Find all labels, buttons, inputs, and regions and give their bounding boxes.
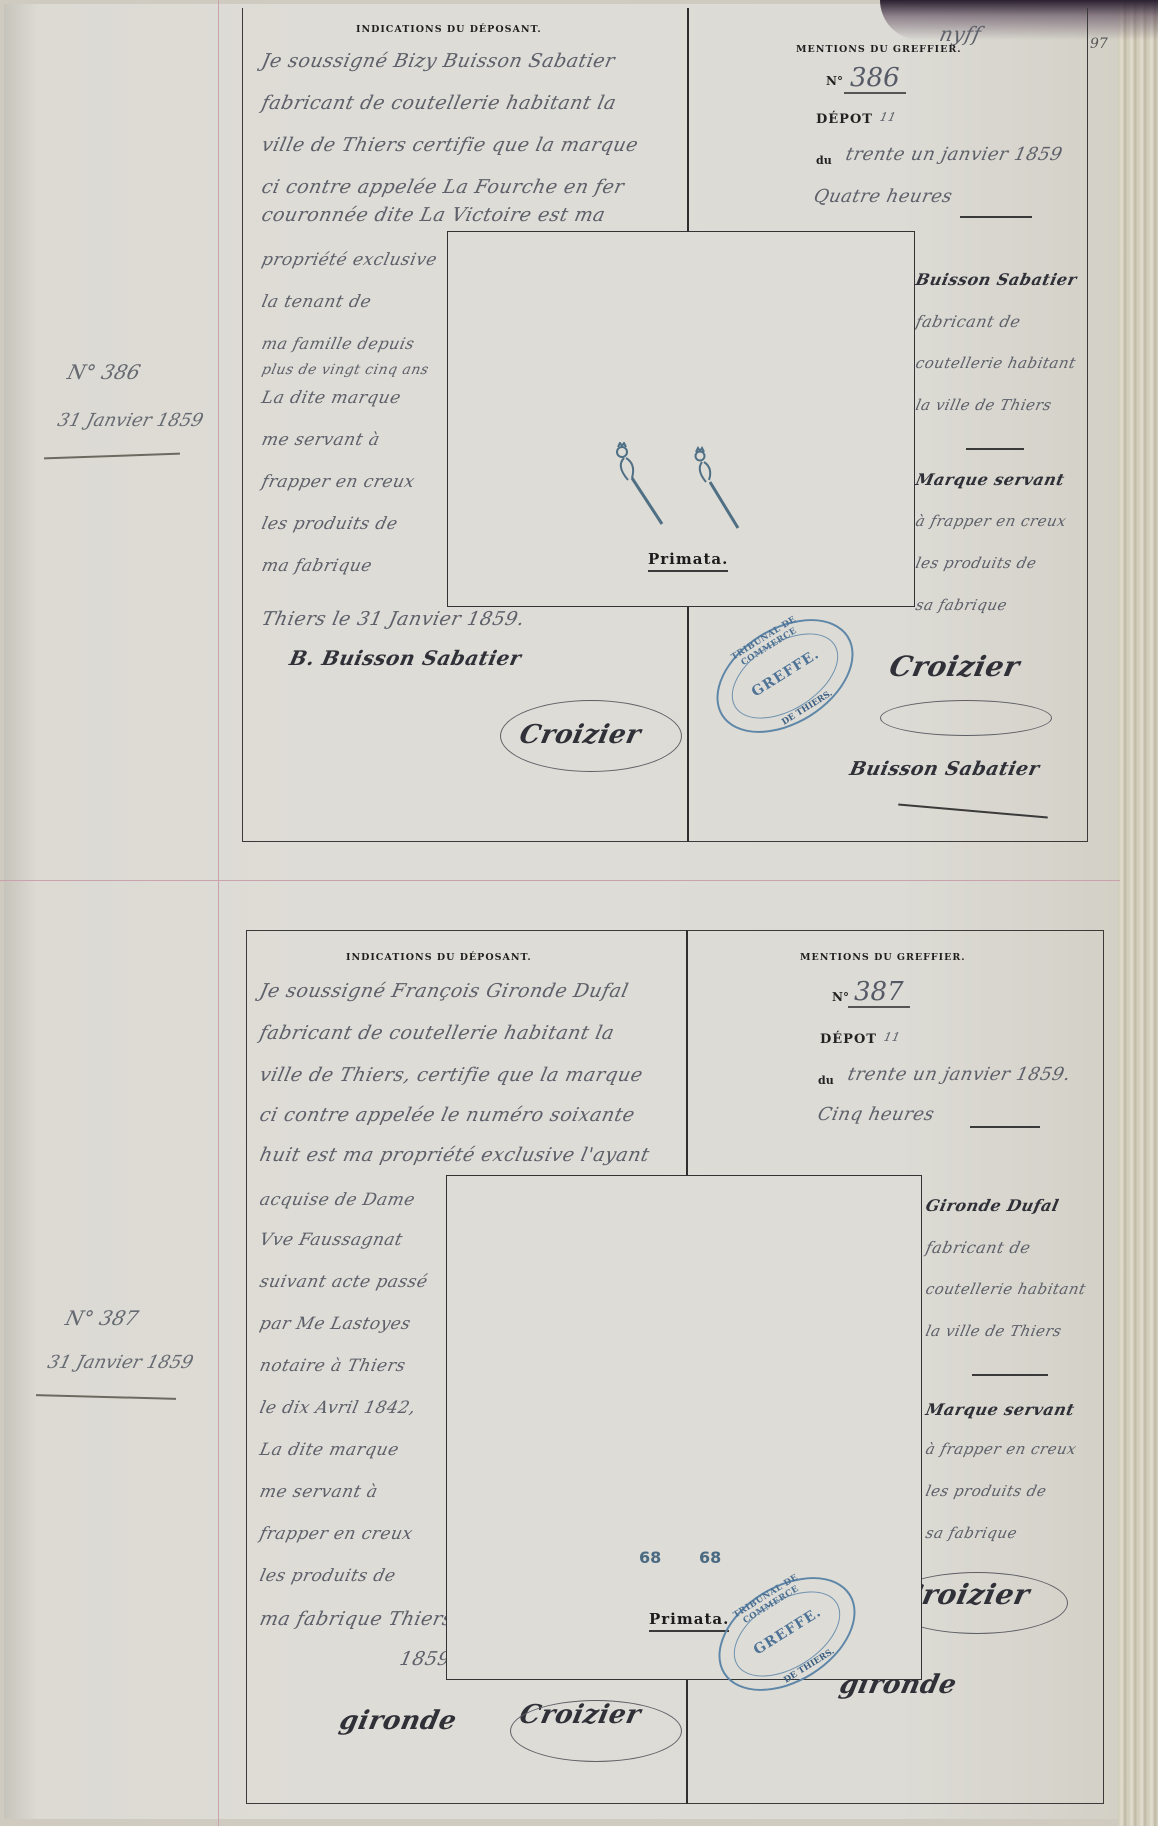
marque-line: les produits de xyxy=(914,554,1038,572)
heading-indications-deposant: INDICATIONS DU DÉPOSANT. xyxy=(356,24,542,35)
page-number: 97 xyxy=(1090,36,1108,52)
declaration-date-line: Thiers le 31 Janvier 1859. xyxy=(260,608,527,630)
declaration-line: ci contre appelée le numéro soixante xyxy=(258,1104,637,1126)
depositor-line: coutellerie habitant xyxy=(914,354,1078,372)
marque-line: les produits de xyxy=(924,1482,1048,1500)
declaration-line: me servant à xyxy=(258,1482,380,1502)
depositor-line: la ville de Thiers xyxy=(924,1322,1063,1340)
margin-line-vertical xyxy=(218,0,219,1826)
declaration-line: les produits de xyxy=(258,1566,398,1586)
mark-number: 68 xyxy=(699,1548,721,1567)
signature-flourish xyxy=(500,700,682,772)
depot-mark: 11 xyxy=(879,110,898,124)
margin-entry-date: 31 Janvier 1859 xyxy=(45,1352,195,1373)
column-divider-top xyxy=(687,8,689,232)
rule xyxy=(960,216,1032,218)
depositor-line: fabricant de xyxy=(914,312,1023,331)
deposit-time: Quatre heures xyxy=(812,186,955,207)
declaration-line: ma famille depuis xyxy=(260,334,416,353)
depot-label: DÉPOT xyxy=(820,1032,877,1047)
marque-label: Marque servant xyxy=(914,470,1066,489)
heading-mentions-greffier: MENTIONS DU GREFFIER. xyxy=(796,44,962,55)
depositor-signature: gironde xyxy=(337,1706,460,1736)
declaration-line: La dite marque xyxy=(260,388,403,408)
deposit-time: Cinq heures xyxy=(816,1104,937,1125)
depositor-line: coutellerie habitant xyxy=(924,1280,1088,1298)
entry-number: 386 xyxy=(844,64,906,94)
marque-label: Marque servant xyxy=(924,1400,1076,1419)
declaration-line: huit est ma propriété exclusive l'ayant xyxy=(258,1144,652,1166)
declaration-line: suivant acte passé xyxy=(258,1272,430,1292)
margin-entry-number: N° 387 xyxy=(63,1306,141,1330)
declaration-line: ci contre appelée La Fourche en fer xyxy=(260,176,627,198)
declaration-line: par Me Lastoyes xyxy=(258,1314,413,1334)
declaration-line: les produits de xyxy=(260,514,400,534)
heading-mentions-greffier: MENTIONS DU GREFFIER. xyxy=(800,952,966,963)
declaration-line: notaire à Thiers xyxy=(258,1356,408,1376)
depositor-signature-right: Buisson Sabatier xyxy=(848,758,1042,780)
declaration-line: acquise de Dame xyxy=(258,1190,417,1210)
registrar-signature: Croizier xyxy=(886,650,1022,683)
deposit-date: trente un janvier 1859. xyxy=(846,1064,1073,1085)
heading-indications-deposant: INDICATIONS DU DÉPOSANT. xyxy=(346,952,532,963)
depositor-name: Gironde Dufal xyxy=(924,1196,1061,1215)
declaration-line: me servant à xyxy=(260,430,382,450)
book-page-edges xyxy=(1118,0,1158,1826)
mark-box: Primata. xyxy=(447,231,915,607)
declaration-line: Je soussigné François Gironde Dufal xyxy=(258,980,631,1002)
entry-number: 387 xyxy=(848,978,910,1008)
du-label: du xyxy=(818,1074,834,1087)
declaration-line: fabricant de coutellerie habitant la xyxy=(258,1022,617,1044)
declaration-line: ma fabrique xyxy=(260,556,374,576)
declaration-line: La dite marque xyxy=(258,1440,401,1460)
declaration-line: frapper en creux xyxy=(260,472,417,492)
depositor-line: la ville de Thiers xyxy=(914,396,1053,414)
deposit-date: trente un janvier 1859 xyxy=(844,144,1065,165)
depot-label: DÉPOT xyxy=(816,112,873,127)
marque-line: sa fabrique xyxy=(914,596,1009,614)
rule xyxy=(972,1374,1048,1376)
crowned-fork-mark-icon xyxy=(608,442,748,532)
column-divider-bottom xyxy=(687,607,689,842)
signature-flourish xyxy=(880,700,1052,736)
declaration-line: fabricant de coutellerie habitant la xyxy=(260,92,619,114)
depot-mark: 11 xyxy=(883,1030,902,1044)
declaration-line: ville de Thiers certifie que la marque xyxy=(260,134,641,156)
mark-name-label: Primata. xyxy=(648,550,728,572)
declaration-line: le dix Avril 1842, xyxy=(258,1398,418,1418)
marque-line: à frapper en creux xyxy=(914,512,1068,530)
rule xyxy=(970,1126,1040,1128)
declaration-line: frapper en creux xyxy=(258,1524,415,1544)
declaration-line: couronnée dite La Victoire est ma xyxy=(260,204,608,226)
marque-line: sa fabrique xyxy=(924,1524,1019,1542)
declaration-line: plus de vingt cinq ans xyxy=(260,362,430,378)
number-label: N° xyxy=(826,74,843,88)
marque-line: à frapper en creux xyxy=(924,1440,1078,1458)
entry-separator-line xyxy=(0,880,1120,881)
declaration-line: ville de Thiers, certifie que la marque xyxy=(258,1064,645,1086)
declaration-line: Vve Faussagnat xyxy=(258,1230,405,1250)
declaration-line: la tenant de xyxy=(260,292,373,312)
declaration-line: Je soussigné Bizy Buisson Sabatier xyxy=(260,50,617,72)
column-divider-top xyxy=(686,930,688,1175)
declaration-line: propriété exclusive xyxy=(260,250,439,270)
du-label: du xyxy=(816,154,832,167)
column-divider-bottom xyxy=(686,1680,688,1804)
depositor-signature: B. Buisson Sabatier xyxy=(287,646,523,670)
signature-flourish xyxy=(510,1700,682,1762)
rule xyxy=(966,448,1024,450)
margin-entry-number: N° 386 xyxy=(65,360,143,384)
depositor-name: Buisson Sabatier xyxy=(914,270,1079,289)
depositor-line: fabricant de xyxy=(924,1238,1033,1257)
number-label: N° xyxy=(832,990,849,1004)
mark-number: 68 xyxy=(639,1548,661,1567)
margin-entry-date: 31 Janvier 1859 xyxy=(55,410,205,431)
